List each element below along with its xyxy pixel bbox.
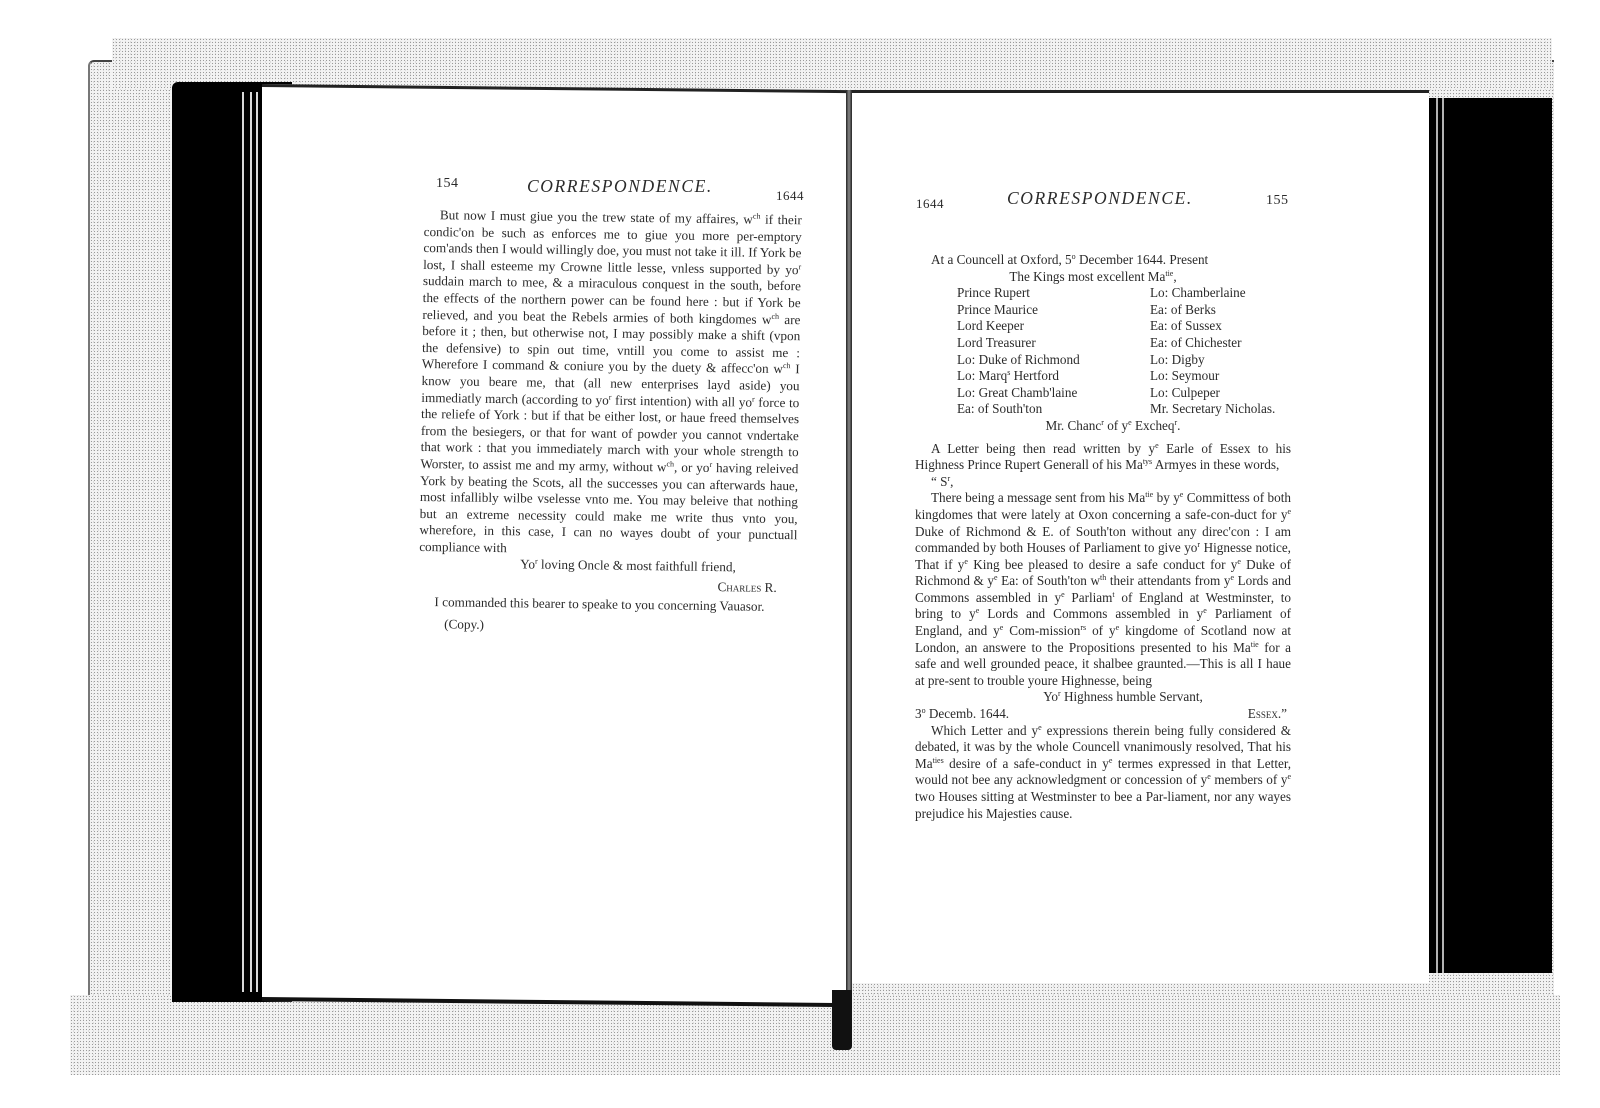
letter-date-signature-row: 3o Decemb. 1644. Essex.” [915, 706, 1291, 723]
attendee-last: Mr. Chancr of ye Excheqr. [935, 418, 1291, 435]
left-page-number: 154 [436, 176, 459, 192]
attendee: Lo: Seymour [1150, 368, 1333, 385]
king-line: The Kings most excellent Matie, [895, 269, 1291, 286]
attendee: Lo: Digby [1150, 352, 1333, 369]
right-running-year: 1644 [916, 196, 944, 212]
book-gutter [846, 90, 852, 995]
book-bottom-edge [70, 995, 1560, 1075]
attendee: Ea: of Sussex [1150, 318, 1333, 335]
attendee: Lo: Chamberlaine [1150, 285, 1333, 302]
attendee: Ea: of South'ton [957, 401, 1150, 418]
letter-paragraph: But now I must giue you the trew state o… [419, 207, 802, 561]
essex-letter-closing: Yor Highness humble Servant, [915, 689, 1291, 706]
attendee: Ea: of Berks [1150, 302, 1333, 319]
essex-letter-signature: Essex.” [1248, 706, 1291, 723]
attendee: Lord Keeper [957, 318, 1150, 335]
left-page-body: But now I must giue you the trew state o… [418, 207, 802, 638]
attendee: Lo: Culpeper [1150, 385, 1333, 402]
attendee: Ea: of Chichester [1150, 335, 1333, 352]
council-resolution: Which Letter and ye expressions therein … [915, 723, 1291, 823]
letter-postscript: I commanded this bearer to speake to you… [418, 594, 796, 616]
right-page-body: At a Councell at Oxford, 5o December 164… [915, 252, 1291, 822]
attendee: Mr. Secretary Nicholas. [1150, 401, 1333, 418]
attendee: Prince Maurice [957, 302, 1150, 319]
left-running-title: CORRESPONDENCE. [527, 176, 713, 197]
attendee: Lo: Marqs Hertford [957, 368, 1150, 385]
right-running-title: CORRESPONDENCE. [1007, 188, 1193, 209]
left-running-year: 1644 [776, 188, 804, 204]
attendee: Prince Rupert [957, 285, 1150, 302]
spine-bottom [832, 990, 852, 1050]
book-top-edge [112, 38, 1552, 90]
attendee: Lo: Great Chamb'laine [957, 385, 1150, 402]
essex-letter-date: 3o Decemb. 1644. [915, 706, 1009, 723]
letter-salutation: “ Sr, [915, 474, 1291, 491]
letter-intro: A Letter being then read written by ye E… [915, 441, 1291, 474]
attendee: Lo: Duke of Richmond [957, 352, 1150, 369]
right-binding-cover [1428, 98, 1552, 973]
attendee-list: Prince Rupert Lo: Chamberlaine Prince Ma… [915, 285, 1291, 418]
right-page-number: 155 [1266, 193, 1289, 209]
council-heading: At a Councell at Oxford, 5o December 164… [915, 252, 1291, 269]
essex-letter-body: There being a message sent from his Mati… [915, 490, 1291, 689]
attendee: Lord Treasurer [957, 335, 1150, 352]
